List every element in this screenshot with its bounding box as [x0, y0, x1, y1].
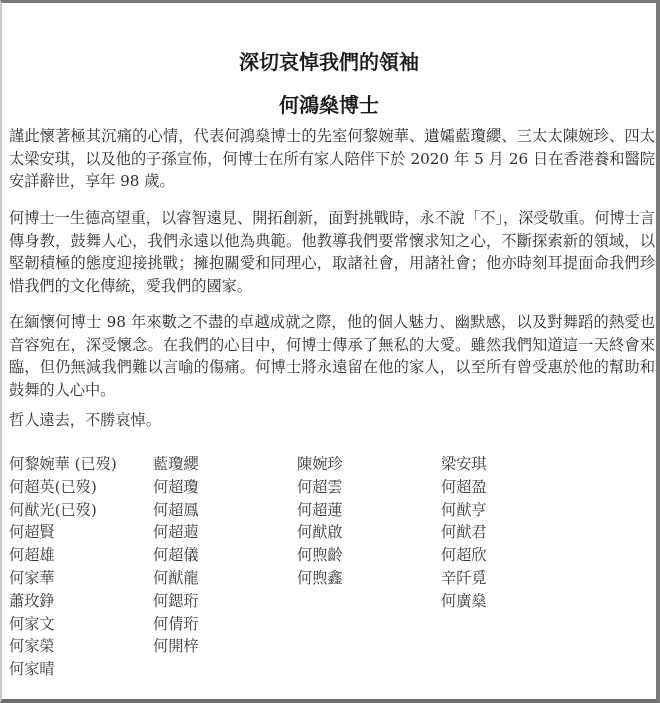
family-name: 何猷君 [441, 521, 487, 544]
family-name: 何超盈 [441, 476, 487, 499]
family-name: 何超蓮 [297, 499, 343, 522]
family-name: 何家華 [9, 567, 117, 590]
family-name: 何黎婉華 (已歿) [9, 453, 117, 476]
family-name: 何家文 [9, 613, 117, 636]
family-name: 何猷亨 [441, 499, 487, 522]
family-name: 辛阡覓 [441, 567, 487, 590]
family-name: 何超瓊 [153, 476, 199, 499]
family-name: 何超英(已歿) [9, 476, 117, 499]
names-column-3: 陳婉珍 何超雲 何超蓮 何猷啟 何煦齡 何煦鑫 [297, 453, 343, 590]
family-name: 何猷光(已歿) [9, 499, 117, 522]
family-name: 何煦齡 [297, 544, 343, 567]
family-name: 何超欣 [441, 544, 487, 567]
family-name: 何超雲 [297, 476, 343, 499]
family-name: 何猷啟 [297, 521, 343, 544]
family-name: 何煦鑫 [297, 567, 343, 590]
names-column-2: 藍瓊纓 何超瓊 何超鳳 何超蕸 何超儀 何猷龍 何鍶珩 何倩珩 何開梓 [153, 453, 199, 658]
closing-line: 哲人遠去，不勝哀悼。 [9, 409, 655, 432]
family-name: 何猷龍 [153, 567, 199, 590]
family-name: 何超賢 [9, 521, 117, 544]
page-title: 深切哀悼我們的領袖 [2, 46, 656, 75]
page-subtitle: 何鴻燊博士 [2, 89, 656, 118]
paragraph-announcement: 謹此懷著極其沉痛的心情，代表何鴻燊博士的先室何黎婉華、遺孀藍瓊纓、三太太陳婉珍、… [9, 125, 655, 193]
family-name: 何鍶珩 [153, 590, 199, 613]
family-name: 何家榮 [9, 635, 117, 658]
family-name: 何超雄 [9, 544, 117, 567]
family-name: 梁安琪 [441, 453, 487, 476]
obituary-page: 深切哀悼我們的領袖 何鴻燊博士 謹此懷著極其沉痛的心情，代表何鴻燊博士的先室何黎… [0, 0, 660, 703]
family-name: 何超儀 [153, 544, 199, 567]
paragraph-remembrance: 在緬懷何博士 98 年來數之不盡的卓越成就之際，他的個人魅力、幽默感，以及對舞蹈… [9, 311, 655, 401]
paragraph-legacy: 何博士一生德高望重，以睿智遠見、開拓創新，面對挑戰時，永不說「不」，深受敬重。何… [9, 207, 655, 297]
family-name: 何超蕸 [153, 521, 199, 544]
family-name: 何家晴 [9, 658, 117, 681]
family-name: 陳婉珍 [297, 453, 343, 476]
family-name: 何超鳳 [153, 499, 199, 522]
family-name: 何開梓 [153, 635, 199, 658]
family-name: 何倩珩 [153, 613, 199, 636]
names-column-1: 何黎婉華 (已歿) 何超英(已歿) 何猷光(已歿) 何超賢 何超雄 何家華 蕭玫… [9, 453, 117, 681]
family-name: 何廣燊 [441, 590, 487, 613]
names-column-4: 梁安琪 何超盈 何猷亨 何猷君 何超欣 辛阡覓 何廣燊 [441, 453, 487, 613]
family-name: 藍瓊纓 [153, 453, 199, 476]
family-name: 蕭玫錚 [9, 590, 117, 613]
